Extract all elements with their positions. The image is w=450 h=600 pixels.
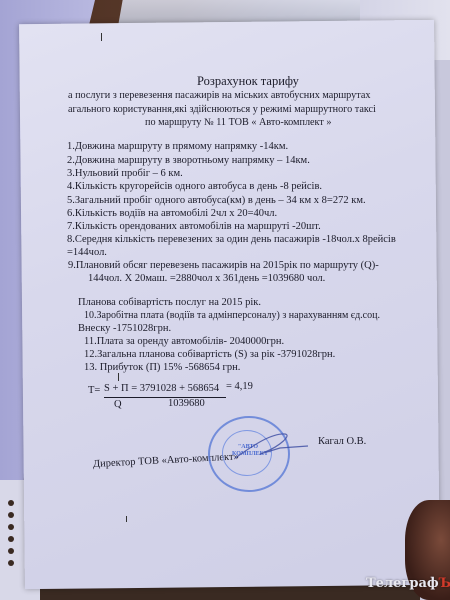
formula-denominator-symbol: Q — [114, 399, 122, 411]
item-8-cont: =144чол. — [67, 247, 107, 259]
formula-denominator-value: 1039680 — [168, 398, 205, 410]
formula-numerator: S + П = 3791028 + 568654 — [104, 383, 219, 395]
watermark-text: Телеграф — [366, 576, 439, 591]
document-content: Розрахунок тарифу а послуги з перевезенн… — [0, 0, 450, 600]
item-4: 4.Кількість кругорейсів одного автобуса … — [67, 181, 322, 193]
subtitle-line-3: по маршруту № 11 ТОВ « Авто-комплект » — [145, 117, 331, 129]
item-8: 8.Середня кількість перевезених за один … — [67, 234, 396, 246]
subtitle-line-2: агального користування,які здійснюються … — [68, 104, 376, 116]
fraction-bar — [104, 397, 226, 398]
page-mark — [101, 33, 102, 41]
cost-item-10-cont: Внеску -1751028грн. — [78, 323, 171, 335]
item-9: 9.Плановий обсяг перевезень пасажирів на… — [68, 260, 379, 272]
document-title: Розрахунок тарифу — [197, 75, 299, 87]
item-1: 1.Довжина маршруту в прямому напрямку -1… — [67, 141, 288, 153]
cost-item-13: 13. Прибуток (П) 15% -568654 грн. — [84, 362, 240, 374]
item-9-cont: 144чол. Х 20маш. =2880чол х 361день =103… — [88, 273, 325, 285]
signature-scribble — [230, 428, 310, 468]
cost-item-12: 12.Загальна планова собівартість (S) за … — [84, 349, 335, 361]
watermark-suffix: Ъ — [439, 576, 450, 591]
page-dot-mark — [126, 516, 127, 522]
cost-item-10: 10.Заробітна плата (водіїв та адмінперсо… — [84, 310, 380, 322]
pen-mark — [118, 373, 119, 381]
item-5: 5.Загальний пробіг одного автобуса(км) в… — [67, 195, 366, 207]
cost-item-11: 11.Плата за оренду автомобілів- 2040000г… — [84, 336, 284, 348]
item-2: 2.Довжина маршруту в зворотньому напрямк… — [67, 155, 310, 167]
watermark-logo: ТелеграфЪ — [366, 576, 450, 591]
cost-heading: Планова собівартість послуг на 2015 рік. — [78, 297, 261, 309]
subtitle-line-1: а послуги з перевезення пасажирів на міс… — [68, 90, 370, 102]
signature-name: Кагал О.В. — [318, 436, 366, 448]
formula-prefix: T= — [88, 385, 100, 397]
item-3: 3.Нульовий пробіг – 6 км. — [67, 168, 183, 180]
formula-result: = 4,19 — [226, 381, 253, 393]
item-7: 7.Кількість орендованих автомобілів на м… — [67, 221, 321, 233]
item-6: 6.Кількість водіїв на автомобілі 2чл х 2… — [67, 208, 277, 220]
